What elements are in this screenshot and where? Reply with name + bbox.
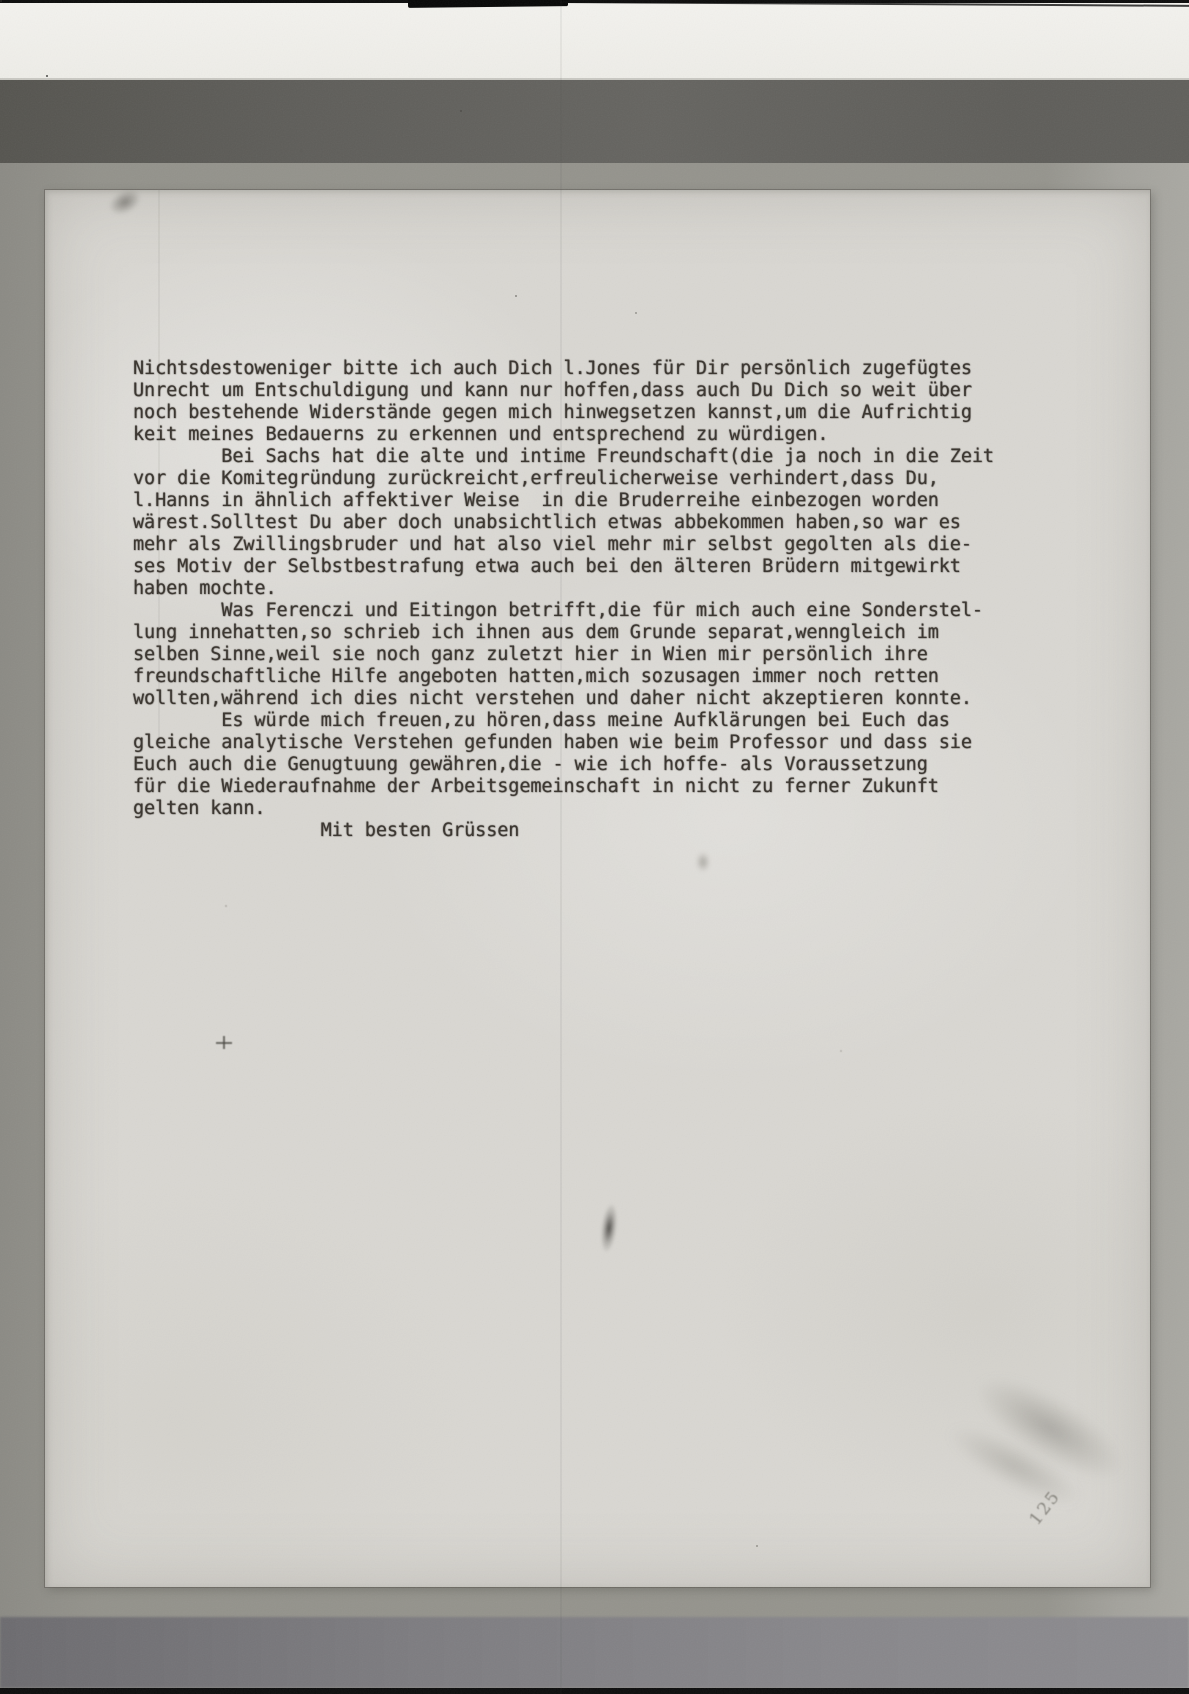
letter-line: für die Wiederaufnahme der Arbeitsgemein…: [133, 776, 1033, 798]
letter-line: Bei Sachs hat die alte und intime Freund…: [133, 446, 1033, 468]
letter-line: l.Hanns in ähnlich affektiver Weise in d…: [133, 490, 1033, 512]
letter-line: Mit besten Grüssen: [133, 820, 1033, 842]
letter-line: Unrecht um Entschuldigung und kann nur h…: [133, 380, 1033, 402]
photo-dark-band: [0, 78, 1189, 165]
letter-line: vor die Komitegründung zurückreicht,erfr…: [133, 468, 1033, 490]
letter-line: Nichtsdestoweniger bitte ich auch Dich l…: [133, 358, 1033, 380]
scan-top-strip: [0, 3, 1189, 78]
letter-line: ses Motiv der Selbstbestrafung etwa auch…: [133, 556, 1033, 578]
letter-line: selben Sinne,weil sie noch ganz zuletzt …: [133, 644, 1033, 666]
vertical-crease: [560, 0, 562, 1694]
letter-line: wollten,während ich dies nicht verstehen…: [133, 688, 1033, 710]
letter-line: gelten kann.: [133, 798, 1033, 820]
cross-mark-vertical: [223, 1036, 225, 1049]
letter-line: mehr als Zwillingsbruder und hat also vi…: [133, 534, 1033, 556]
letter-line: wärest.Solltest Du aber doch unabsichtli…: [133, 512, 1033, 534]
letter-line: haben mochte.: [133, 578, 1033, 600]
scanned-letter-photo: Nichtsdestoweniger bitte ich auch Dich l…: [0, 0, 1189, 1694]
letter-line: Was Ferenczi und Eitingon betrifft,die f…: [133, 600, 1033, 622]
photo-bottom-band: [0, 1617, 1189, 1688]
dust-specks: [0, 0, 2, 2]
letter-line: noch bestehende Widerstände gegen mich h…: [133, 402, 1033, 424]
letter-body: Nichtsdestoweniger bitte ich auch Dich l…: [133, 358, 1033, 842]
letter-line: keit meines Bedauerns zu erkennen und en…: [133, 424, 1033, 446]
scan-bottom-edge-line: [0, 1688, 1189, 1694]
letter-line: lung innehatten,so schrieb ich ihnen aus…: [133, 622, 1033, 644]
letter-line: Es würde mich freuen,zu hören,dass meine…: [133, 710, 1033, 732]
letter-line: freundschaftliche Hilfe angeboten hatten…: [133, 666, 1033, 688]
letter-line: Euch auch die Genugtuung gewähren,die - …: [133, 754, 1033, 776]
letter-line: gleiche analytische Verstehen gefunden h…: [133, 732, 1033, 754]
